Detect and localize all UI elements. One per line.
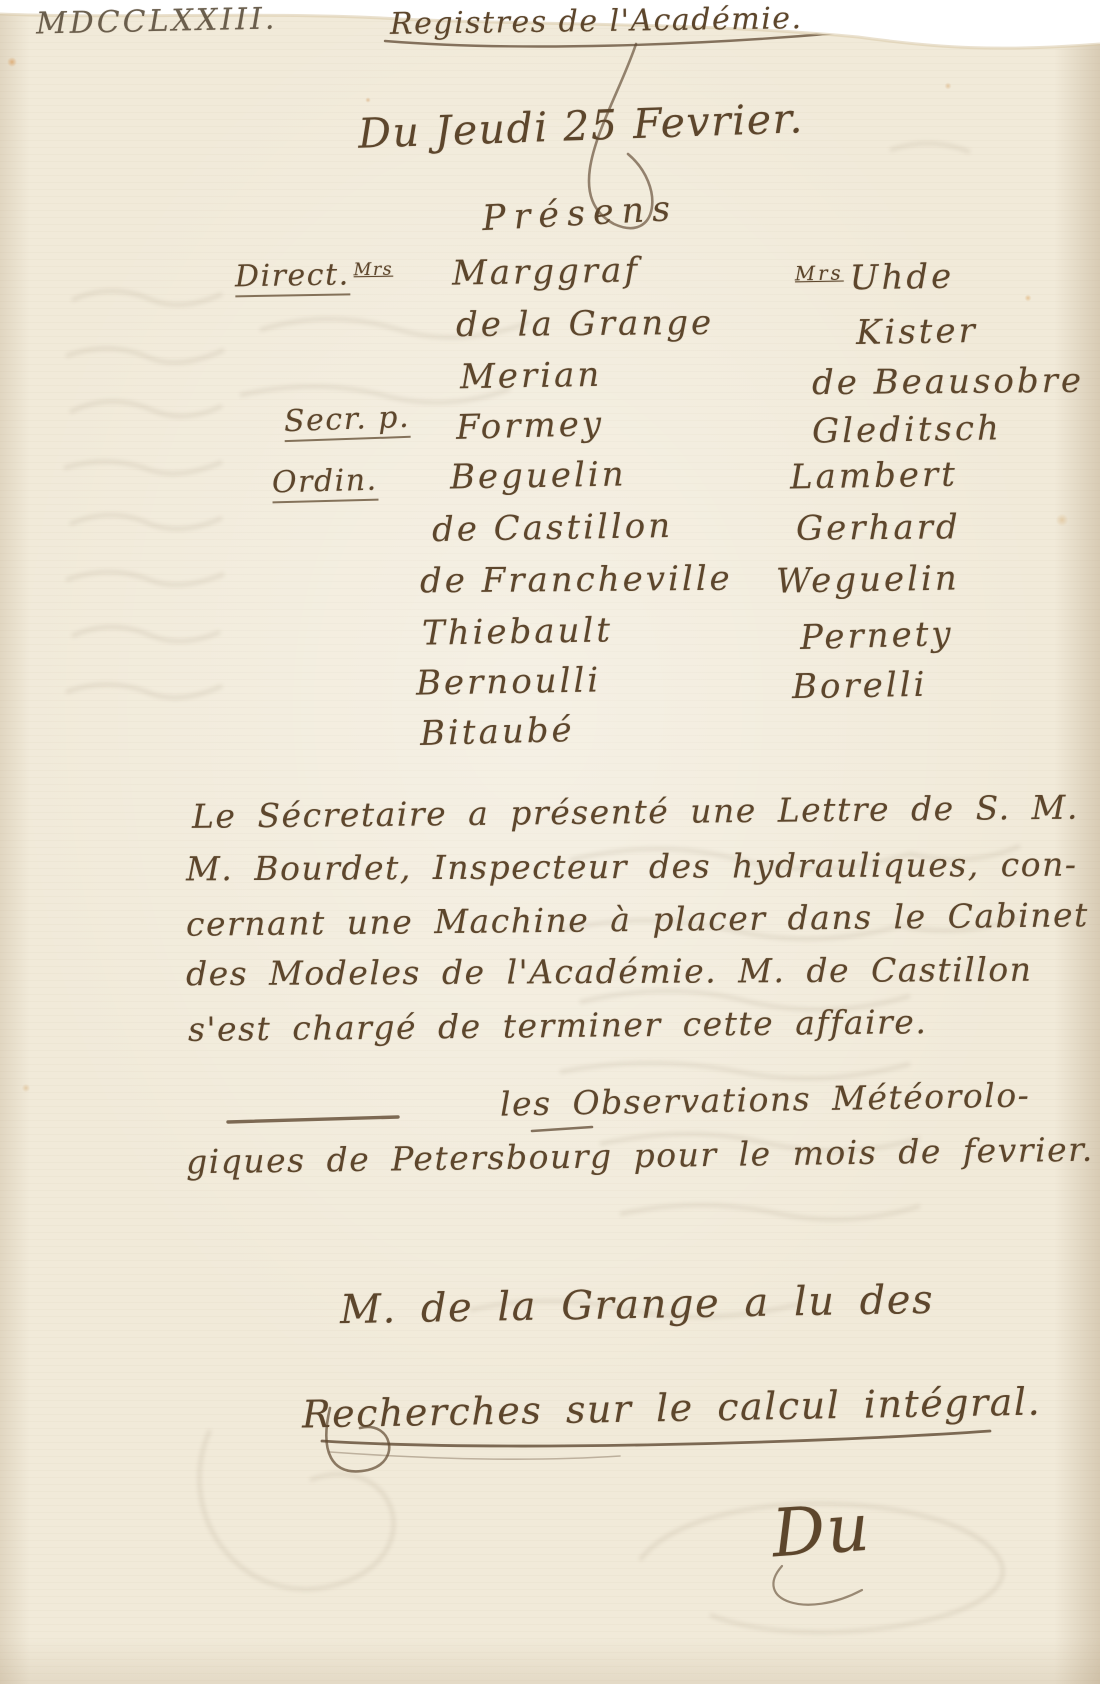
reading-intro: M. de la Grange a lu des — [340, 1277, 935, 1333]
attendee-row: MrsUhde — [795, 257, 955, 300]
manuscript-page: MDCCLXXIII. Registres de l'Académie. Du … — [0, 0, 1100, 1684]
attendee-name: Weguelin — [776, 558, 960, 601]
minutes-line: des Modeles de l'Académie. M. de Castill… — [186, 950, 1033, 993]
role-label-direct: Direct. — [235, 257, 350, 297]
role-label-ordin: Ordin. — [272, 463, 379, 504]
minutes-line: Le Sécretaire a présenté une Lettre de S… — [192, 787, 1100, 836]
attendee-name: de Francheville — [420, 559, 733, 602]
attendee-name: Thiebault — [422, 610, 614, 653]
catchword-flourish — [773, 1566, 862, 1605]
attendee-name: Lambert — [790, 455, 959, 498]
session-date: Du Jeudi 25 Fevrier. — [357, 94, 804, 158]
reading-title-underline-echo — [330, 1452, 620, 1459]
role-label-secr: Secr. p. — [283, 400, 410, 442]
attendee-name: de Castillon — [432, 506, 674, 550]
attendee-name: Formey — [456, 404, 605, 448]
attendee-name: Gerhard — [796, 507, 961, 548]
attendee-name: Uhde — [849, 257, 954, 299]
attendee-prefix: Mrs — [795, 262, 844, 286]
attendee-name: Merian — [460, 355, 603, 397]
attendee-name: Pernety — [800, 614, 955, 658]
attendee-name: Borelli — [792, 665, 928, 707]
attendee-name: Kister — [856, 311, 978, 353]
attendee-name: de Beausobre — [812, 361, 1084, 403]
attendee-name: Bitaubé — [420, 710, 576, 754]
catchword: Du — [769, 1489, 873, 1573]
minutes-line: s'est chargé de terminer cette affaire. — [188, 1002, 928, 1049]
role-row-ordin: Ordin. — [272, 463, 378, 501]
minutes-line: cernant une Machine à placer dans le Cab… — [186, 895, 1089, 943]
attendee-name: Marggraf — [452, 250, 641, 293]
role-row-secr: Secr. p. — [283, 400, 410, 439]
presens-heading: Présens — [481, 189, 679, 239]
attendee-name: Beguelin — [450, 454, 627, 497]
role-row-direct: Direct.Mrs — [235, 257, 394, 295]
paragraph-dash-short — [532, 1127, 592, 1131]
year-roman: MDCCLXXIII. — [36, 1, 278, 41]
paragraph-dash-long — [228, 1117, 398, 1122]
role-label-direct-suffix: Mrs — [353, 260, 393, 281]
attendee-name: Bernoulli — [416, 660, 602, 703]
minutes-line: giques de Petersbourg pour le mois de fe… — [186, 1130, 1094, 1182]
reading-title: Recherches sur le calcul intégral. — [302, 1380, 1042, 1437]
attendee-name: de la Grange — [456, 303, 714, 345]
register-title: Registres de l'Académie. — [390, 1, 803, 42]
minutes-line: M. Bourdet, Inspecteur des hydrauliques,… — [186, 845, 1078, 889]
attendee-name: Gleditsch — [812, 408, 1003, 451]
minutes-line: les Observations Météorolo- — [500, 1075, 1031, 1123]
